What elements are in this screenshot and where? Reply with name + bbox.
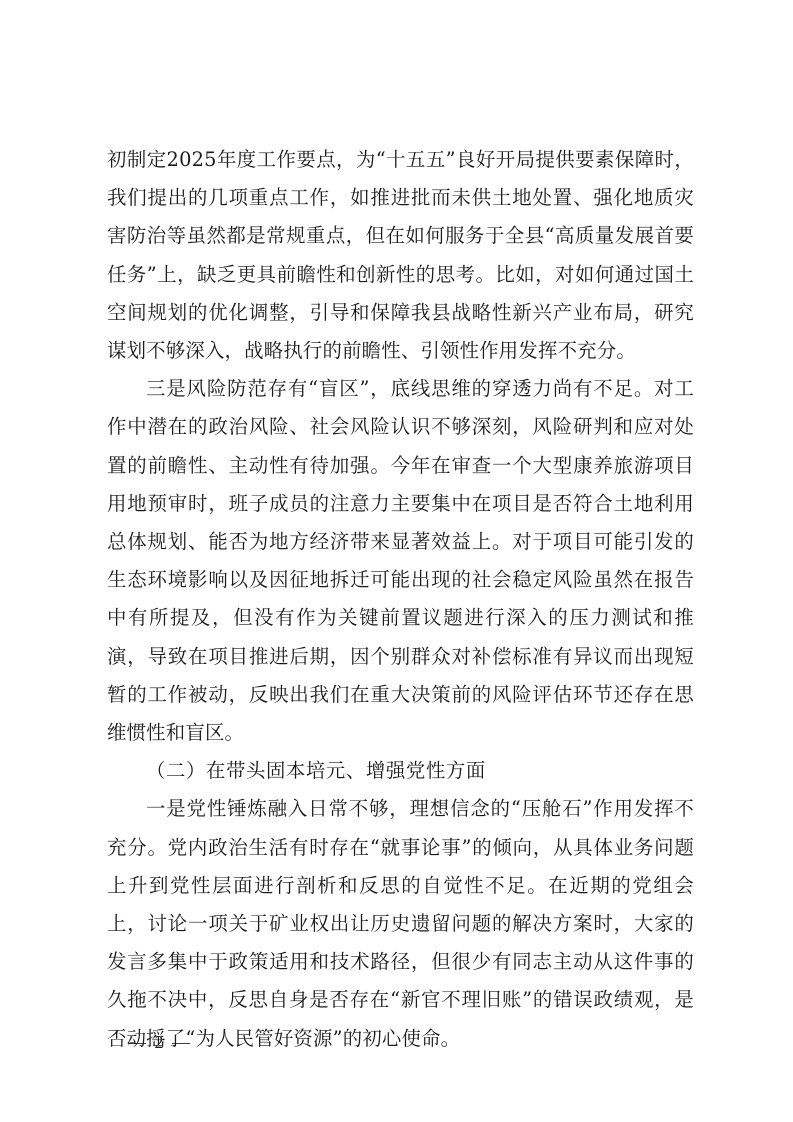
section-heading: （二）在带头固本培元、增强党性方面 <box>107 752 694 790</box>
page-number: — 2 — <box>128 1032 192 1053</box>
paragraph-risk-prevention: 三是风险防范存有“盲区”，底线思维的穿透力尚有不足。对工作中潜在的政治风险、社会… <box>107 370 694 752</box>
document-body: 初制定2025年度工作要点，为“十五五”良好开局提供要素保障时，我们提出的几项重… <box>107 141 694 1058</box>
paragraph-party-spirit: 一是党性锤炼融入日常不够，理想信念的“压舱石”作用发挥不充分。党内政治生活有时存… <box>107 790 694 1057</box>
document-page: 初制定2025年度工作要点，为“十五五”良好开局提供要素保障时，我们提出的几项重… <box>0 0 793 1122</box>
paragraph-continuation: 初制定2025年度工作要点，为“十五五”良好开局提供要素保障时，我们提出的几项重… <box>107 141 694 370</box>
